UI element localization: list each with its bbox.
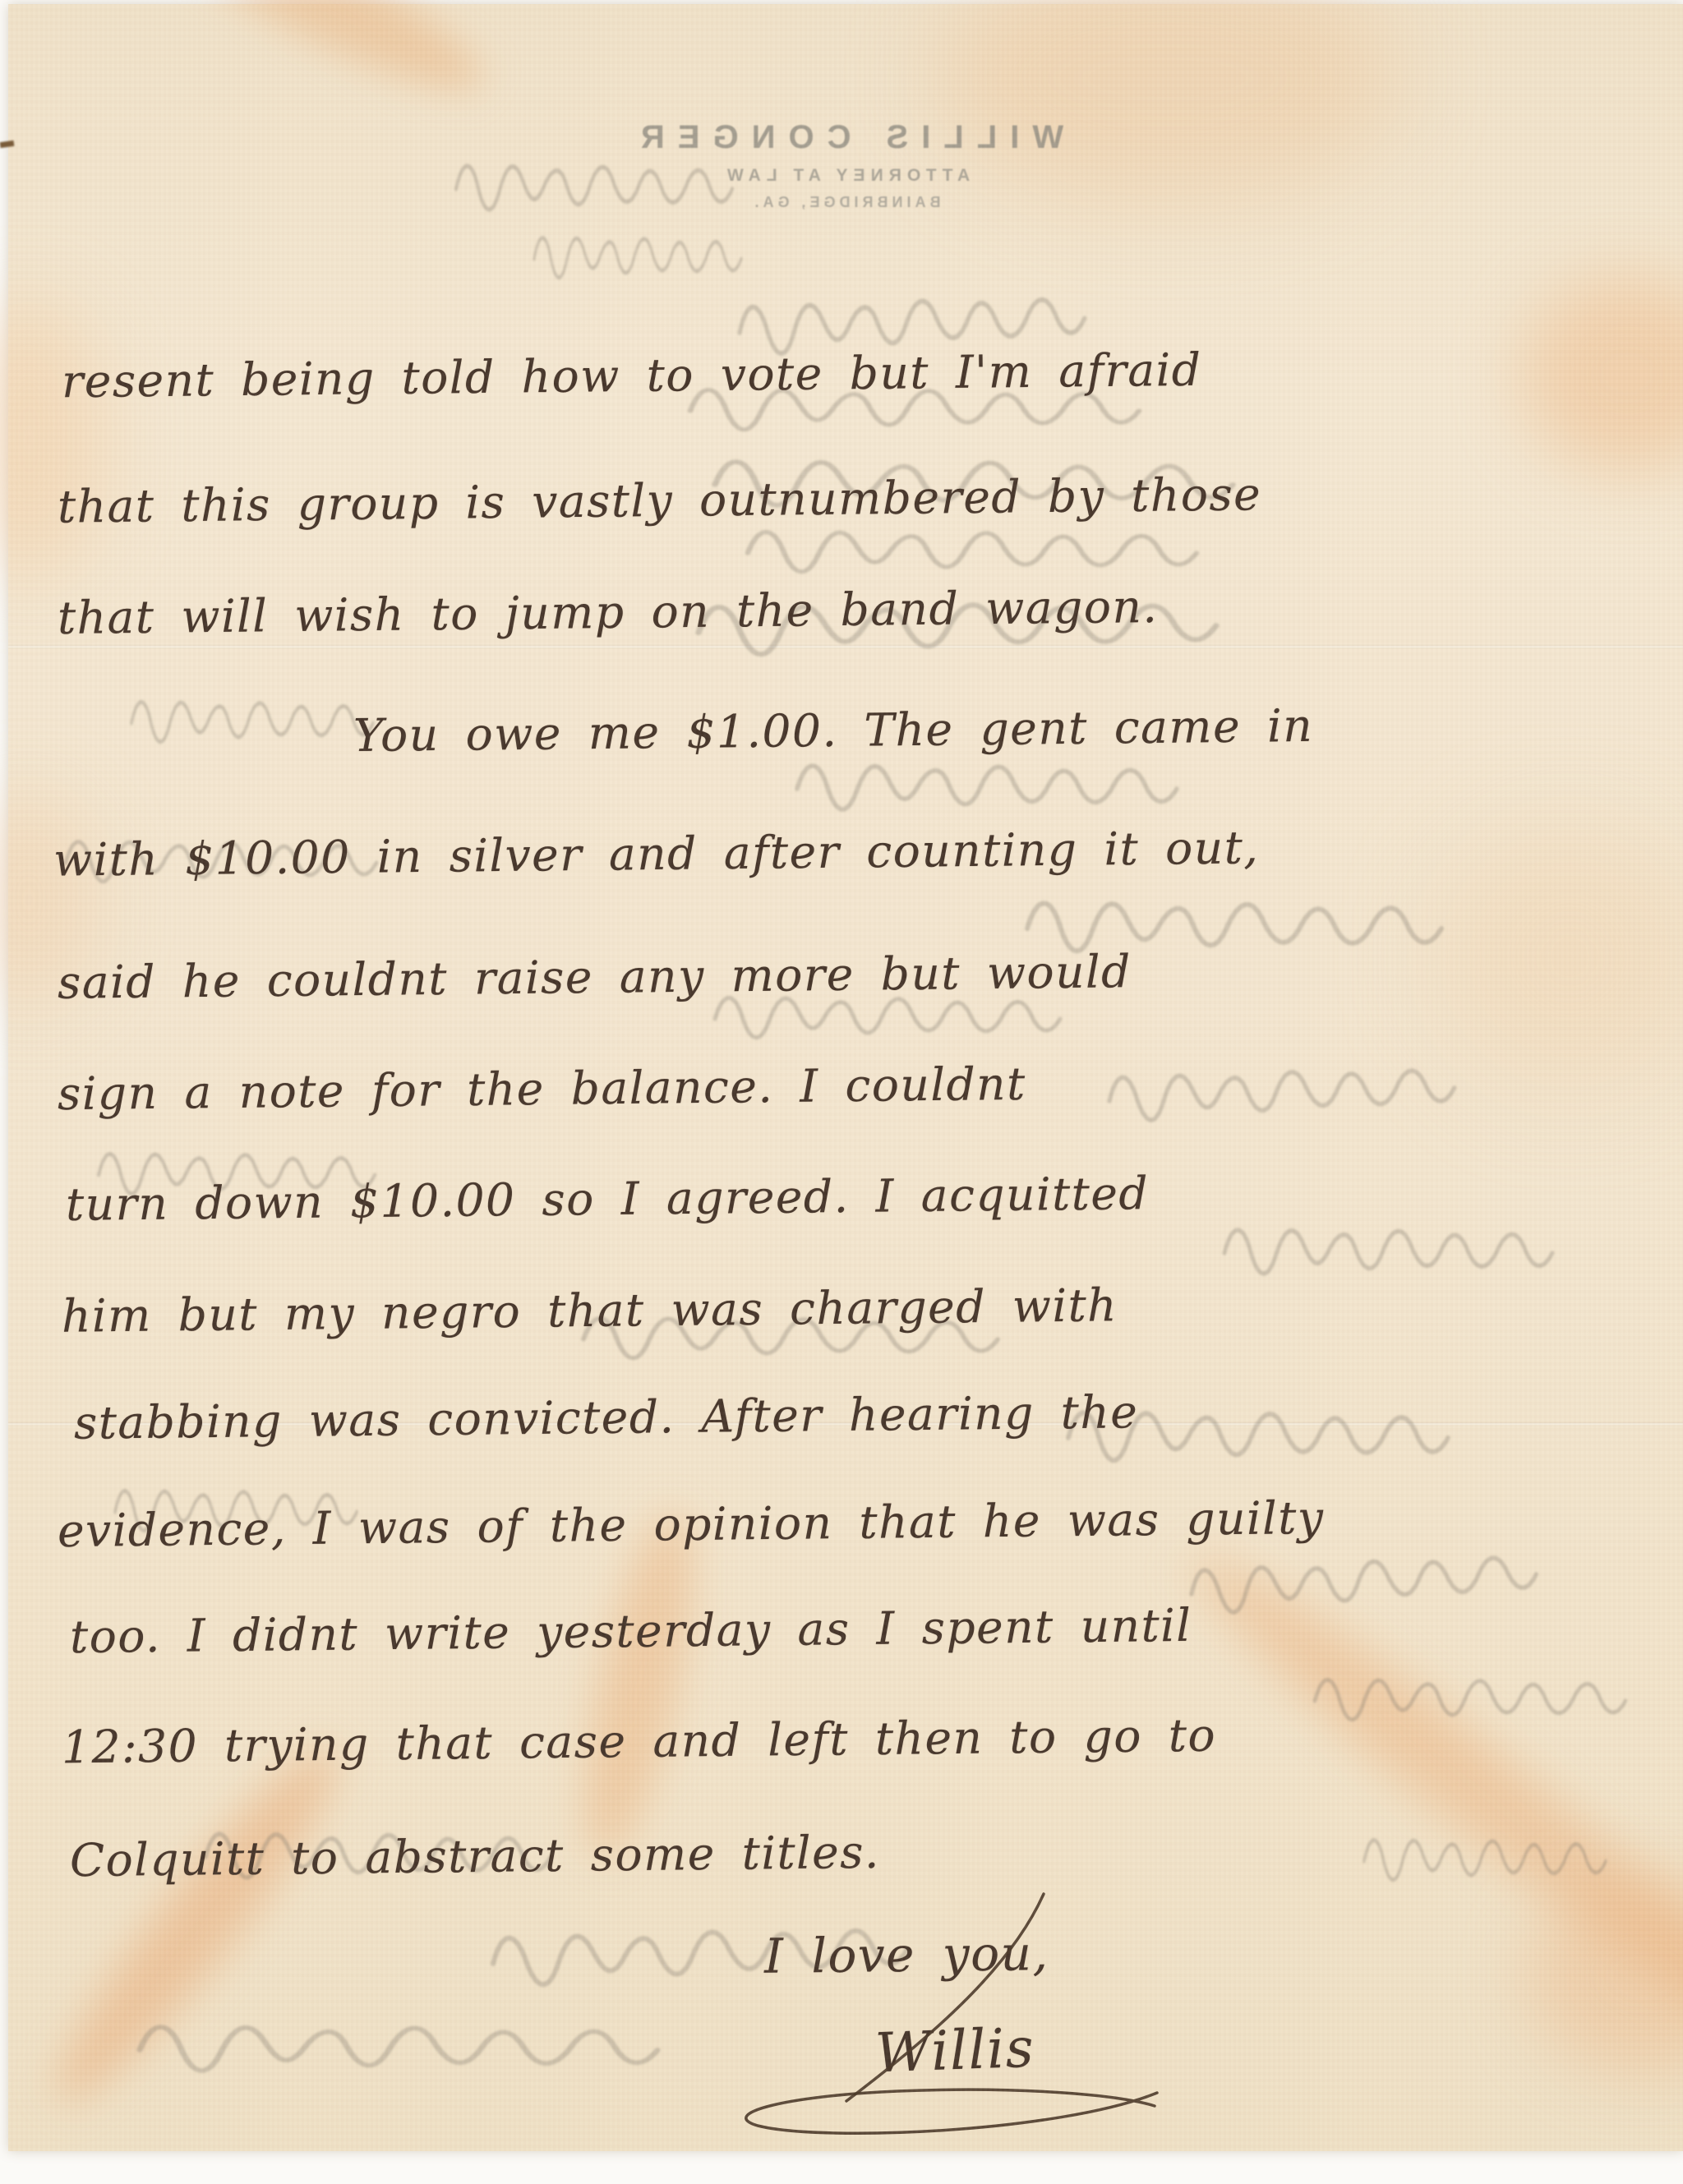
handwritten-line: You owe me $1.00. The gent came in: [353, 699, 1314, 762]
letter-paper: WILLIS CONGER ATTORNEY AT LAW BAINBRIDGE…: [8, 4, 1683, 2151]
letterhead-name: WILLIS CONGER: [8, 119, 1683, 156]
stain: [1166, 1526, 1683, 2069]
letterhead-mirrored: WILLIS CONGER ATTORNEY AT LAW BAINBRIDGE…: [8, 119, 1683, 211]
handwritten-line: turn down $10.00 so I agreed. I acquitte…: [66, 1167, 1150, 1231]
stain: [0, 300, 107, 579]
handwritten-line: evidence, I was of the opinion that he w…: [58, 1491, 1325, 1557]
letterhead-location: BAINBRIDGE, GA.: [8, 194, 1683, 211]
handwritten-line: said he couldnt raise any more but would: [58, 945, 1132, 1009]
handwritten-line: him but my negro that was charged with: [62, 1279, 1118, 1342]
handwritten-line: 12:30 trying that case and left then to …: [62, 1709, 1217, 1774]
stain: [1520, 275, 1683, 472]
signature: Willis: [874, 2016, 1036, 2085]
letterhead-title: ATTORNEY AT LAW: [8, 166, 1683, 186]
handwritten-line: too. I didnt write yesterday as I spent …: [70, 1599, 1192, 1663]
stain: [564, 1504, 713, 1865]
stain: [1438, 826, 1683, 1089]
handwritten-line: sign a note for the balance. I couldnt: [58, 1057, 1026, 1120]
stain: [150, 0, 500, 117]
handwritten-line: Colquitt to abstract some titles.: [70, 1826, 880, 1887]
handwritten-line: stabbing was convicted. After hearing th…: [74, 1385, 1139, 1449]
stain: [1529, 1878, 1683, 2075]
handwritten-line: that will wish to jump on the band wagon…: [58, 580, 1159, 644]
handwritten-line: with $10.00 in silver and after counting…: [53, 821, 1260, 886]
scanned-letter-page: { "letterhead": { "name": "WILLIS CONGER…: [0, 0, 1683, 2184]
handwritten-line: resent being told how to vote but I'm af…: [62, 343, 1202, 408]
closing-line: I love you,: [764, 1925, 1049, 1984]
fold-crease-upper: [8, 645, 1683, 648]
handwritten-line: that this group is vastly outnumbered by…: [58, 468, 1262, 532]
stain: [30, 1726, 364, 2123]
